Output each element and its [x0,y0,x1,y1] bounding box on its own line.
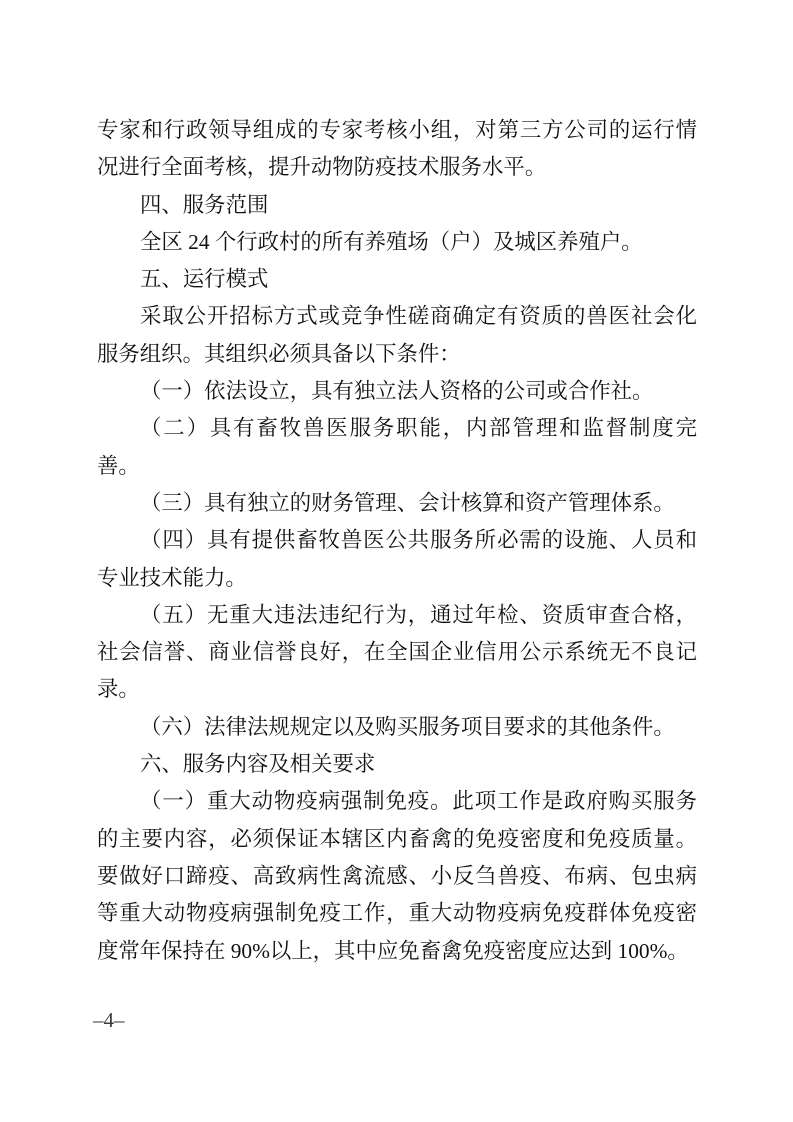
text-line: 的主要内容，必须保证本辖区内畜禽的免疫密度和免疫质量。 [97,821,697,858]
text-line: 社会信誉、商业信誉良好，在全国企业信用公示系统无不良记 [97,634,697,671]
text-line: （六）法律法规规定以及购买服务项目要求的其他条件。 [97,709,697,746]
text-line: 录。 [97,671,697,708]
text-line: （二）具有畜牧兽医服务职能，内部管理和监督制度完 [97,410,697,447]
text-line: 四、服务范围 [97,187,697,224]
text-line: 专家和行政领导组成的专家考核小组，对第三方公司的运行情 [97,112,697,149]
text-line: 专业技术能力。 [97,560,697,597]
text-line: 全区 24 个行政村的所有养殖场（户）及城区养殖户。 [97,224,697,261]
text-line: 五、运行模式 [97,261,697,298]
text-line: 六、服务内容及相关要求 [97,746,697,783]
text-line: （五）无重大违法违纪行为，通过年检、资质审查合格， [97,597,697,634]
text-line: 度常年保持在 90%以上，其中应免畜禽免疫密度应达到 100%。 [97,933,697,970]
text-line: 要做好口蹄疫、高致病性禽流感、小反刍兽疫、布病、包虫病 [97,858,697,895]
text-line: 采取公开招标方式或竞争性磋商确定有资质的兽医社会化 [97,298,697,335]
document-page: 专家和行政领导组成的专家考核小组，对第三方公司的运行情况进行全面考核，提升动物防… [0,0,793,1122]
text-line: （一）依法设立，具有独立法人资格的公司或合作社。 [97,373,697,410]
text-line: 况进行全面考核，提升动物防疫技术服务水平。 [97,149,697,186]
text-line: （四）具有提供畜牧兽医公共服务所必需的设施、人员和 [97,522,697,559]
text-line: （一）重大动物疫病强制免疫。此项工作是政府购买服务 [97,783,697,820]
text-line: （三）具有独立的财务管理、会计核算和资产管理体系。 [97,485,697,522]
text-line: 服务组织。其组织必须具备以下条件： [97,336,697,373]
page-number: –4– [93,1010,125,1031]
document-body: 专家和行政领导组成的专家考核小组，对第三方公司的运行情况进行全面考核，提升动物防… [97,112,697,970]
text-line: 等重大动物疫病强制免疫工作，重大动物疫病免疫群体免疫密 [97,895,697,932]
text-line: 善。 [97,448,697,485]
